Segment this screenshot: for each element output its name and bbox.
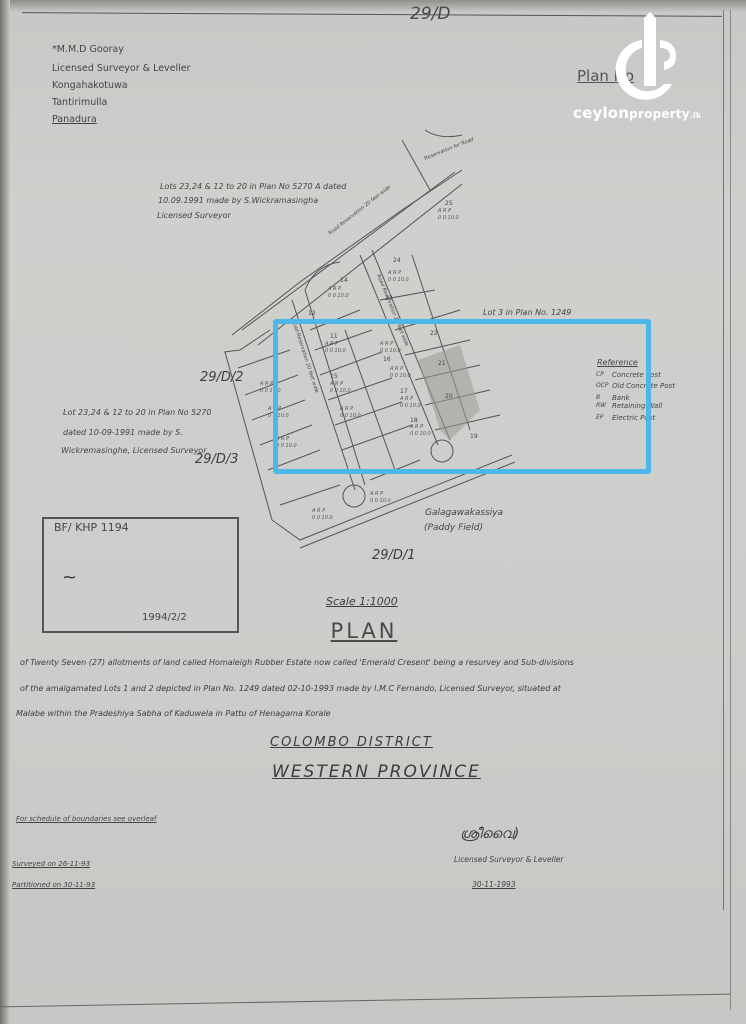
lot-subdivision-map: A R P0 0 10.0 A R P0 0 10.0 A R P0 0 10.… xyxy=(0,0,746,1024)
stamp-ref: BF/ KHP 1194 xyxy=(54,521,129,534)
stamp-date: 1994/2/2 xyxy=(142,612,187,623)
partitioned-on: Partitioned on 30-11-93 xyxy=(12,881,95,889)
svg-text:0 0 10.0: 0 0 10.0 xyxy=(312,515,333,521)
top-note-line-3: Licensed Surveyor xyxy=(157,211,231,220)
district-label: COLOMBO DISTRICT xyxy=(270,735,433,750)
paddy-field-label: (Paddy Field) xyxy=(424,523,483,533)
left-note-line-1: Lot 23,24 & 12 to 20 in Plan No 5270 xyxy=(63,408,211,417)
handwritten-ref-1: 29/D/1 xyxy=(372,548,416,563)
svg-text:0 0 10.0: 0 0 10.0 xyxy=(328,293,349,299)
signature-date: 30-11-1993 xyxy=(472,880,516,889)
paddy-field-name: Galagawakassiya xyxy=(425,508,503,518)
svg-text:12: 12 xyxy=(308,310,316,317)
left-note-line-3: Wickremasinghe, Licensed Surveyor xyxy=(61,446,206,455)
svg-text:A R P: A R P xyxy=(259,381,273,387)
brand-main: ceylon xyxy=(573,104,629,122)
handwritten-ref-3: 29/D/3 xyxy=(195,452,239,467)
approval-stamp: BF/ KHP 1194 ~ 1994/2/2 xyxy=(42,517,239,633)
svg-text:0 0 10.0: 0 0 10.0 xyxy=(438,215,459,221)
svg-text:A R P: A R P xyxy=(369,491,383,497)
svg-text:24: 24 xyxy=(393,257,401,264)
surveyed-on: Surveyed on 26-11-93 xyxy=(12,860,90,868)
svg-text:A R P: A R P xyxy=(387,270,401,276)
scale-label: Scale 1:1000 xyxy=(326,595,398,608)
surveyor-signature: ശ്രീവൈ) xyxy=(460,826,519,842)
ceylonproperty-wordmark: ceylonproperty.lk xyxy=(573,104,701,122)
plan-heading: PLAN xyxy=(316,619,412,643)
svg-text:Reservation for Road: Reservation for Road xyxy=(424,136,476,162)
svg-text:14: 14 xyxy=(340,277,348,284)
handwritten-ref-2: 29/D/2 xyxy=(200,370,244,385)
svg-text:Road Reservation 20 feet wide: Road Reservation 20 feet wide xyxy=(328,184,392,236)
highlighted-lots-box xyxy=(273,319,651,474)
svg-text:A R P: A R P xyxy=(327,286,341,292)
description-line-1: of Twenty Seven (27) allotments of land … xyxy=(20,658,574,667)
signature-title: Licensed Surveyor & Leveller xyxy=(454,855,564,864)
svg-text:0 0 10.0: 0 0 10.0 xyxy=(370,498,391,504)
svg-text:0 0 10.0: 0 0 10.0 xyxy=(388,277,409,283)
stamp-signature: ~ xyxy=(62,567,77,588)
top-note-line-1: Lots 23,24 & 12 to 20 in Plan No 5270 A … xyxy=(160,182,346,191)
province-label: WESTERN PROVINCE xyxy=(272,762,481,782)
svg-text:A R P: A R P xyxy=(311,508,325,514)
top-note-line-2: 10.09.1991 made by S.Wickramasingha xyxy=(158,196,318,205)
brand-tld: .lk xyxy=(690,111,702,120)
description-line-2: of the amalgamated Lots 1 and 2 depicted… xyxy=(20,684,561,693)
boundaries-note: For schedule of boundaries see overleaf xyxy=(16,815,156,823)
lot-3-note: Lot 3 in Plan No. 1249 xyxy=(483,308,571,317)
svg-text:A R P: A R P xyxy=(437,208,451,214)
description-line-3: Malabe within the Pradeshiya Sabha of Ka… xyxy=(16,709,331,718)
svg-text:25: 25 xyxy=(445,200,453,207)
left-note-line-2: dated 10-09-1991 made by S. xyxy=(63,428,183,437)
brand-sub: property xyxy=(629,107,690,121)
